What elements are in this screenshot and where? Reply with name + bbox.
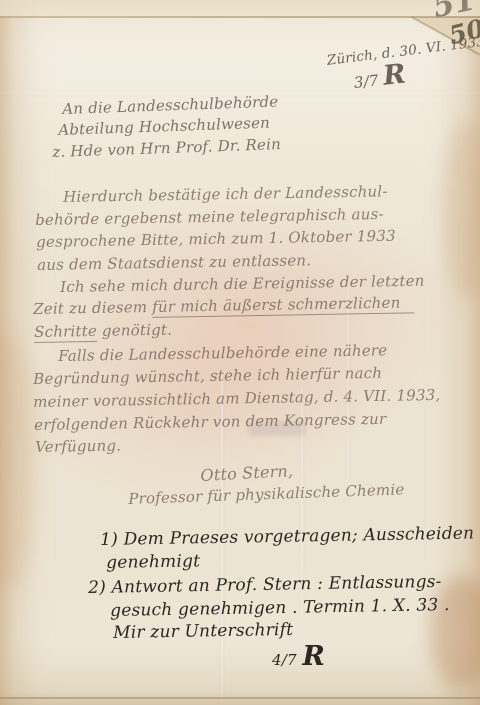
photographed-letter: 51 50 Zürich, d. 30. VI. 1933 3/7 R An d… [0, 0, 480, 705]
photo-vignette [0, 0, 480, 705]
